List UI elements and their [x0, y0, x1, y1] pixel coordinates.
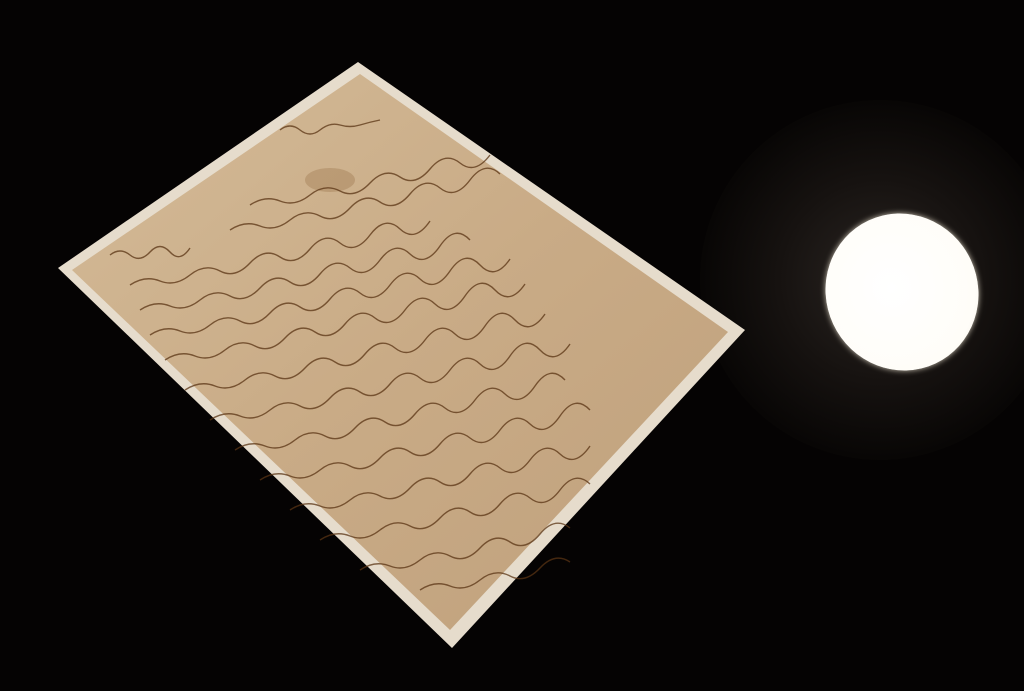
- letter-paper: [0, 0, 1024, 691]
- photo-scene: [0, 0, 1024, 691]
